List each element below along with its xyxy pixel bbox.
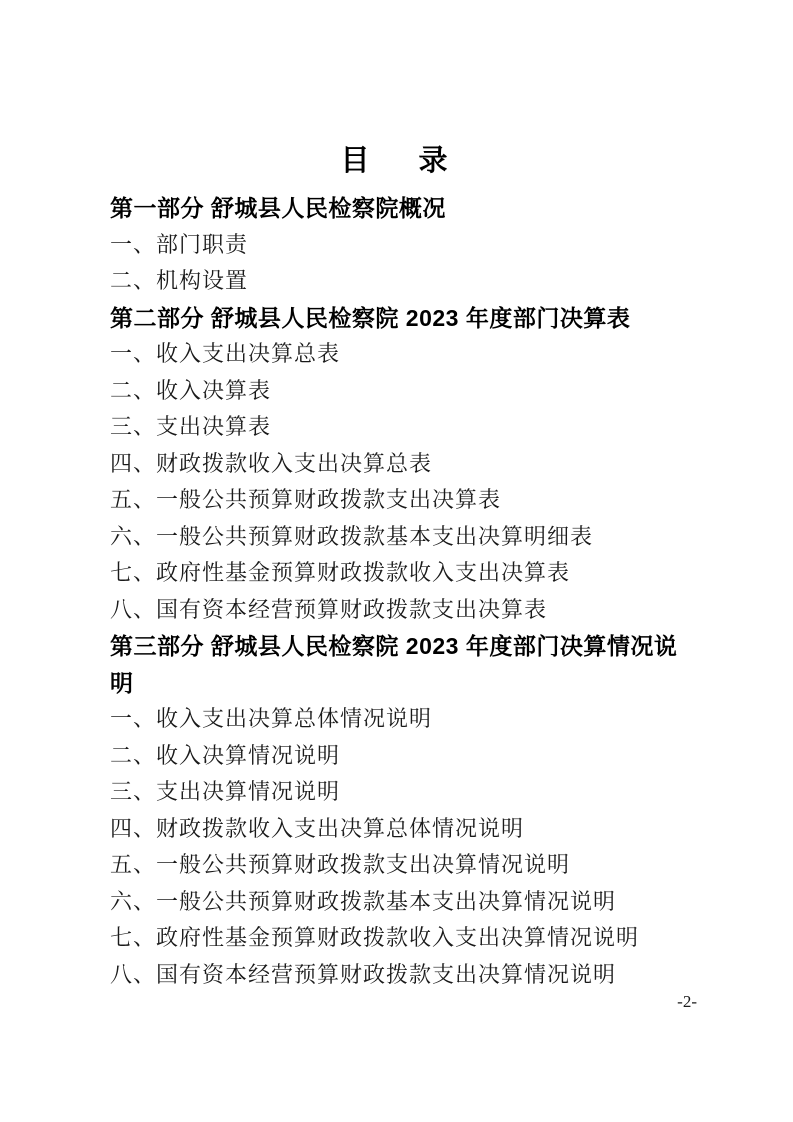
section-heading: 第三部分 舒城县人民检察院 2023 年度部门决算情况说明 xyxy=(110,628,688,701)
toc-item: 七、政府性基金预算财政拨款收入支出决算情况说明 xyxy=(110,920,688,957)
toc-item: 五、一般公共预算财政拨款支出决算情况说明 xyxy=(110,847,688,884)
toc-item: 一、收入支出决算总表 xyxy=(110,336,688,373)
section-heading: 第二部分 舒城县人民检察院 2023 年度部门决算表 xyxy=(110,300,688,337)
document-page: 目 录 第一部分 舒城县人民检察院概况一、部门职责二、机构设置第二部分 舒城县人… xyxy=(0,0,793,1122)
toc-item: 二、收入决算表 xyxy=(110,373,688,410)
toc-list: 第一部分 舒城县人民检察院概况一、部门职责二、机构设置第二部分 舒城县人民检察院… xyxy=(110,190,688,993)
toc-item: 六、一般公共预算财政拨款基本支出决算情况说明 xyxy=(110,884,688,921)
toc-item: 五、一般公共预算财政拨款支出决算表 xyxy=(110,482,688,519)
toc-item: 八、国有资本经营预算财政拨款支出决算情况说明 xyxy=(110,957,688,994)
page-number: -2- xyxy=(677,992,697,1012)
section-heading: 第一部分 舒城县人民检察院概况 xyxy=(110,190,688,227)
toc-item: 七、政府性基金预算财政拨款收入支出决算表 xyxy=(110,555,688,592)
toc-item: 二、机构设置 xyxy=(110,263,688,300)
toc-item: 三、支出决算表 xyxy=(110,409,688,446)
toc-item: 一、部门职责 xyxy=(110,227,688,264)
toc-item: 八、国有资本经营预算财政拨款支出决算表 xyxy=(110,592,688,629)
toc-item: 三、支出决算情况说明 xyxy=(110,774,688,811)
toc-item: 四、财政拨款收入支出决算总体情况说明 xyxy=(110,811,688,848)
page-title: 目 录 xyxy=(110,142,688,180)
toc-content: 目 录 第一部分 舒城县人民检察院概况一、部门职责二、机构设置第二部分 舒城县人… xyxy=(110,142,688,993)
toc-item: 四、财政拨款收入支出决算总表 xyxy=(110,446,688,483)
toc-item: 一、收入支出决算总体情况说明 xyxy=(110,701,688,738)
toc-item: 六、一般公共预算财政拨款基本支出决算明细表 xyxy=(110,519,688,556)
toc-item: 二、收入决算情况说明 xyxy=(110,738,688,775)
